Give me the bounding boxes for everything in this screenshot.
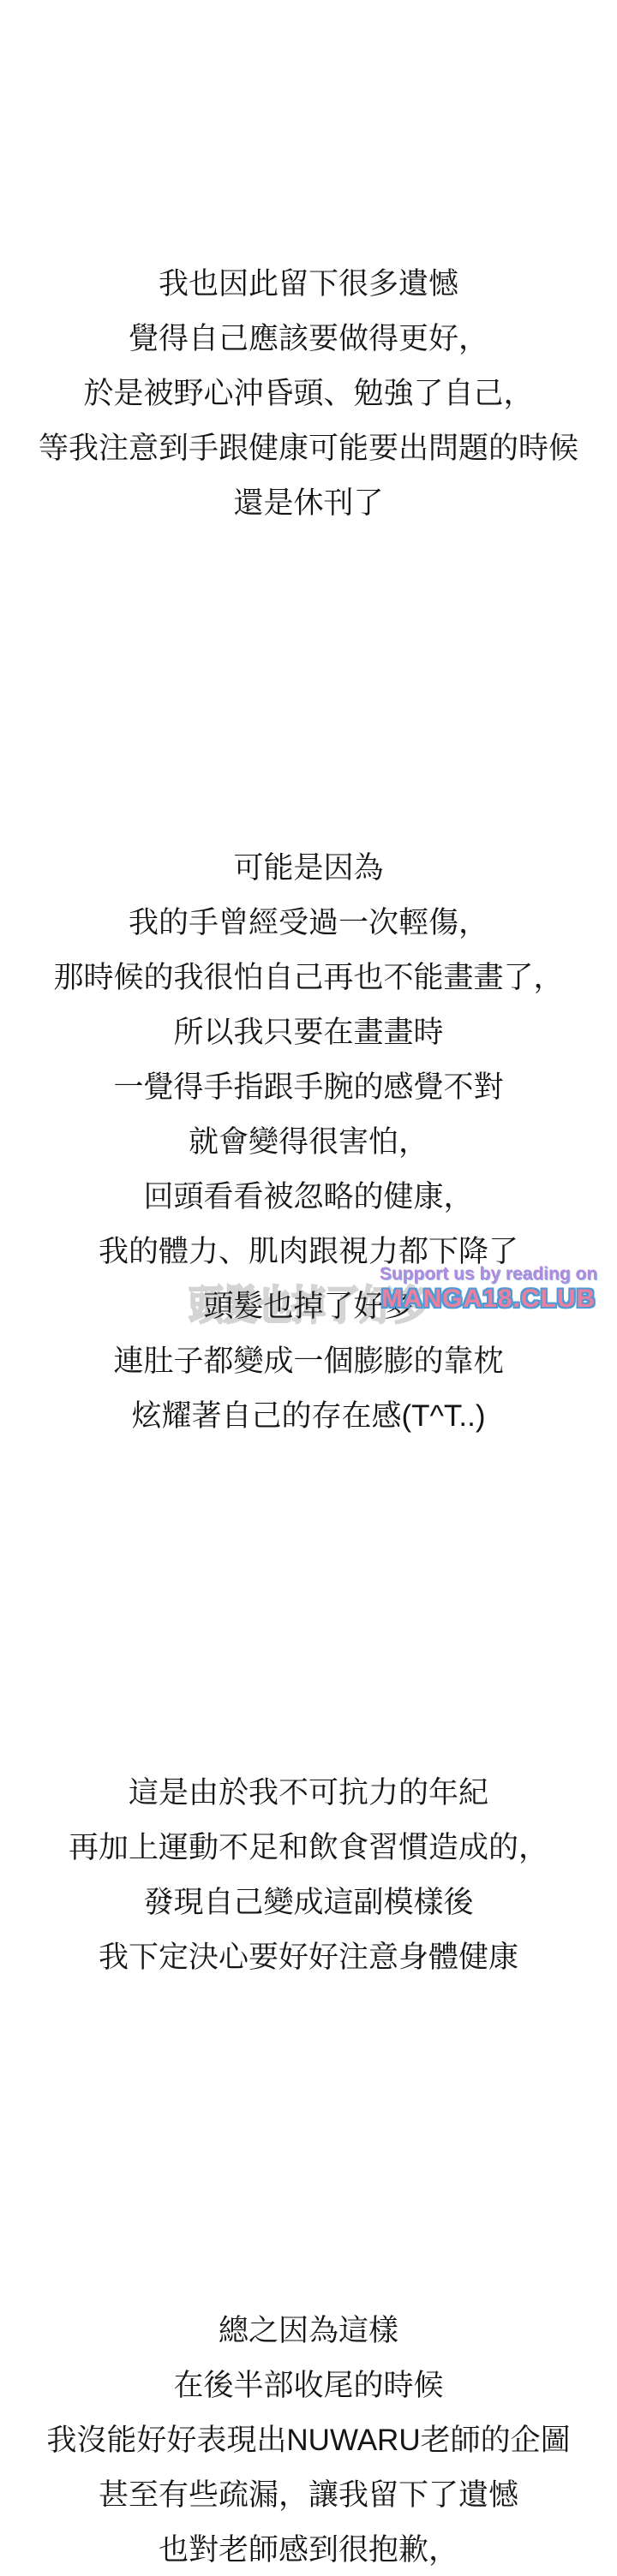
- text-line: 在後半部收尾的時候: [0, 2358, 617, 2413]
- text-line: 回頭看看被忽略的健康，: [0, 1170, 617, 1225]
- text-line: 我下定決心要好好注意身體健康: [0, 1930, 617, 1985]
- manga-text-page: 我也因此留下很多遺憾 覺得自己應該要做得更好， 於是被野心沖昏頭、勉強了自己， …: [0, 0, 617, 2576]
- site-watermark: Support us by reading on MANGA18.CLUB: [360, 1262, 617, 1313]
- text-line: 那時候的我很怕自己再也不能畫畫了，: [0, 951, 617, 1005]
- text-line: 一覺得手指跟手腕的感覺不對: [0, 1060, 617, 1115]
- text-line: 我沒能好好表現出NUWARU老師的企圖: [0, 2413, 617, 2468]
- text-line: 我的手曾經受過一次輕傷，: [0, 896, 617, 951]
- text-line: 覺得自己應該要做得更好，: [0, 312, 617, 367]
- paragraph-3: 這是由於我不可抗力的年紀 再加上運動不足和飲食習慣造成的， 發現自己變成這副模樣…: [0, 1766, 617, 1985]
- watermark-site-name: MANGA18.CLUB: [360, 1285, 617, 1313]
- text-line: 甚至有些疏漏，讓我留下了遺憾: [0, 2468, 617, 2523]
- text-line: 所以我只要在畫畫時: [0, 1005, 617, 1060]
- text-line: 我也因此留下很多遺憾: [0, 257, 617, 312]
- text-line: 總之因為這樣: [0, 2304, 617, 2358]
- watermark-tagline: Support us by reading on: [360, 1262, 617, 1285]
- text-line: 可能是因為: [0, 841, 617, 896]
- text-line: 就會變得很害怕，: [0, 1115, 617, 1170]
- paragraph-2: 可能是因為 我的手曾經受過一次輕傷， 那時候的我很怕自己再也不能畫畫了， 所以我…: [0, 841, 617, 1444]
- text-line: 發現自己變成這副模樣後: [0, 1875, 617, 1930]
- paragraph-4: 總之因為這樣 在後半部收尾的時候 我沒能好好表現出NUWARU老師的企圖 甚至有…: [0, 2304, 617, 2576]
- text-line: 炫耀著自己的存在感(T^T..): [0, 1389, 617, 1444]
- text-line: 再加上運動不足和飲食習慣造成的，: [0, 1821, 617, 1875]
- paragraph-1: 我也因此留下很多遺憾 覺得自己應該要做得更好， 於是被野心沖昏頭、勉強了自己， …: [0, 257, 617, 531]
- text-line: 等我注意到手跟健康可能要出問題的時候: [0, 421, 617, 476]
- text-line: 於是被野心沖昏頭、勉強了自己，: [0, 367, 617, 421]
- text-line: 這是由於我不可抗力的年紀: [0, 1766, 617, 1821]
- text-line: 也對老師感到很抱歉，: [0, 2523, 617, 2576]
- text-line: 還是休刊了: [0, 476, 617, 531]
